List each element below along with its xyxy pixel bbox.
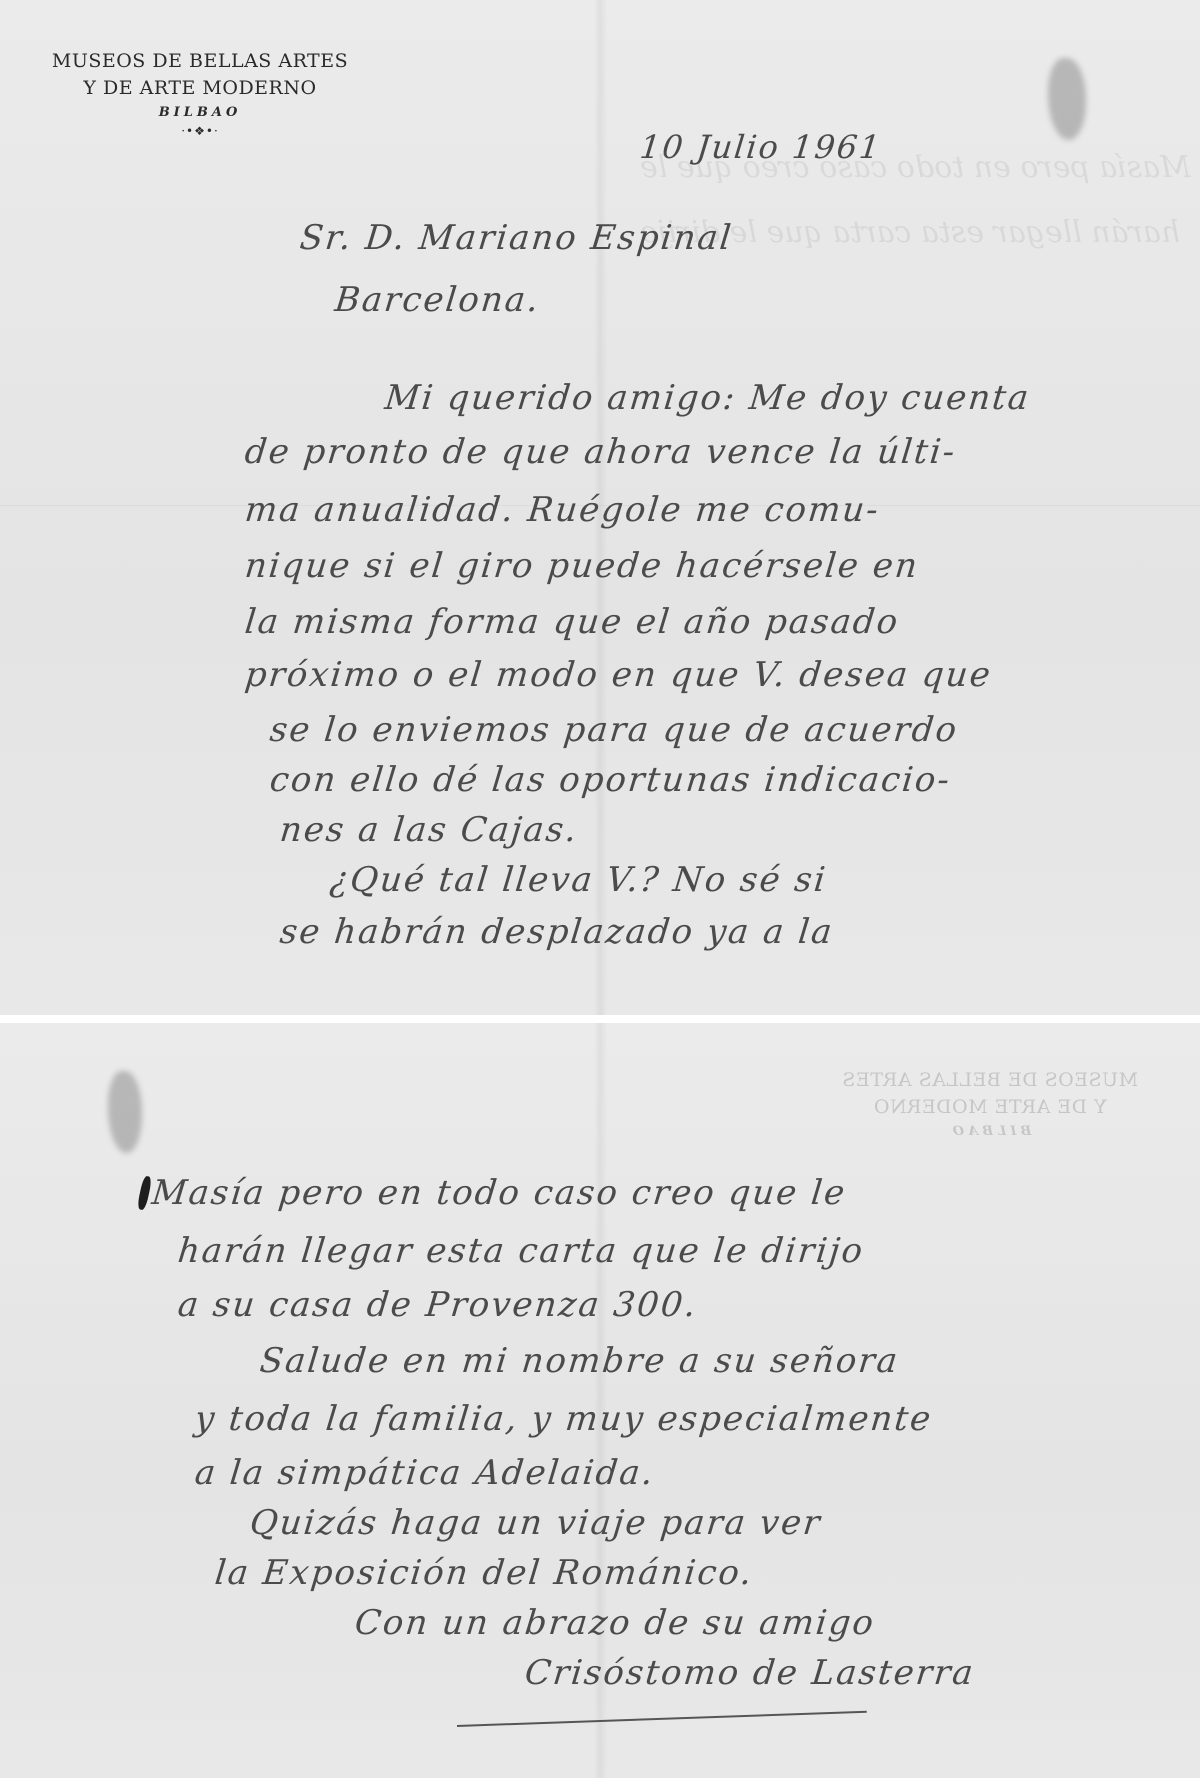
body-line: harán llegar esta carta que le dirijo — [176, 1231, 866, 1271]
signature-underline — [457, 1711, 867, 1727]
body-line: de pronto de que ahora vence la últi- — [243, 432, 958, 472]
body-line: a su casa de Provenza 300. — [176, 1285, 700, 1325]
body-line: Quizás haga un viaje para ver — [248, 1503, 824, 1543]
recipient-name: Sr. D. Mariano Espinal — [298, 218, 735, 258]
body-line: a la simpática Adelaida. — [193, 1453, 657, 1493]
letter-page-2: MUSEOS DE BELLAS ARTES Y DE ARTE MODERNO… — [0, 1023, 1200, 1778]
body-line: Masía pero en todo caso creo que le — [150, 1173, 848, 1213]
body-line: ¿Qué tal lleva V.? No sé si — [328, 860, 829, 900]
letterhead-line-2: Y DE ARTE MODERNO — [820, 1094, 1160, 1121]
body-line: con ello dé las oportunas indicacio- — [268, 760, 953, 800]
letterhead-city: BILBAO — [30, 102, 370, 124]
letterhead-line-1: MUSEOS DE BELLAS ARTES — [820, 1067, 1160, 1094]
letter-page-1: MUSEOS DE BELLAS ARTES Y DE ARTE MODERNO… — [0, 0, 1200, 1015]
body-line: se habrán desplazado ya a la — [278, 912, 836, 952]
letterhead-city: BILBAO — [820, 1121, 1160, 1143]
recipient-city: Barcelona. — [333, 280, 542, 320]
body-line: la Exposición del Románico. — [213, 1553, 755, 1593]
body-line: Mi querido amigo: Me doy cuenta — [383, 378, 1032, 418]
letterhead-line-1: MUSEOS DE BELLAS ARTES — [30, 48, 370, 75]
letter-date: 10 Julio 1961 — [638, 128, 884, 166]
letterhead-line-2: Y DE ARTE MODERNO — [30, 75, 370, 102]
signature: Crisóstomo de Lasterra — [523, 1653, 977, 1693]
body-line: nique si el giro puede hacérsele en — [243, 546, 921, 586]
mirrored-letterhead: MUSEOS DE BELLAS ARTES Y DE ARTE MODERNO… — [820, 1067, 1160, 1143]
body-line: próximo o el modo en que V. desea que — [243, 655, 994, 695]
body-line: Salude en mi nombre a su señora — [258, 1341, 901, 1381]
stain-mark — [108, 1071, 142, 1153]
body-line: nes a las Cajas. — [278, 810, 580, 850]
body-line: la misma forma que el año pasado — [243, 602, 902, 642]
museum-letterhead: MUSEOS DE BELLAS ARTES Y DE ARTE MODERNO… — [30, 48, 370, 138]
stain-mark — [1048, 58, 1086, 140]
body-line: y toda la familia, y muy especialmente — [193, 1399, 934, 1439]
body-line: se lo enviemos para que de acuerdo — [268, 710, 960, 750]
body-line: ma anualidad. Ruégole me comu- — [243, 490, 882, 530]
ornament-icon: ·•❖•· — [30, 124, 370, 138]
closing-line: Con un abrazo de su amigo — [353, 1603, 877, 1643]
